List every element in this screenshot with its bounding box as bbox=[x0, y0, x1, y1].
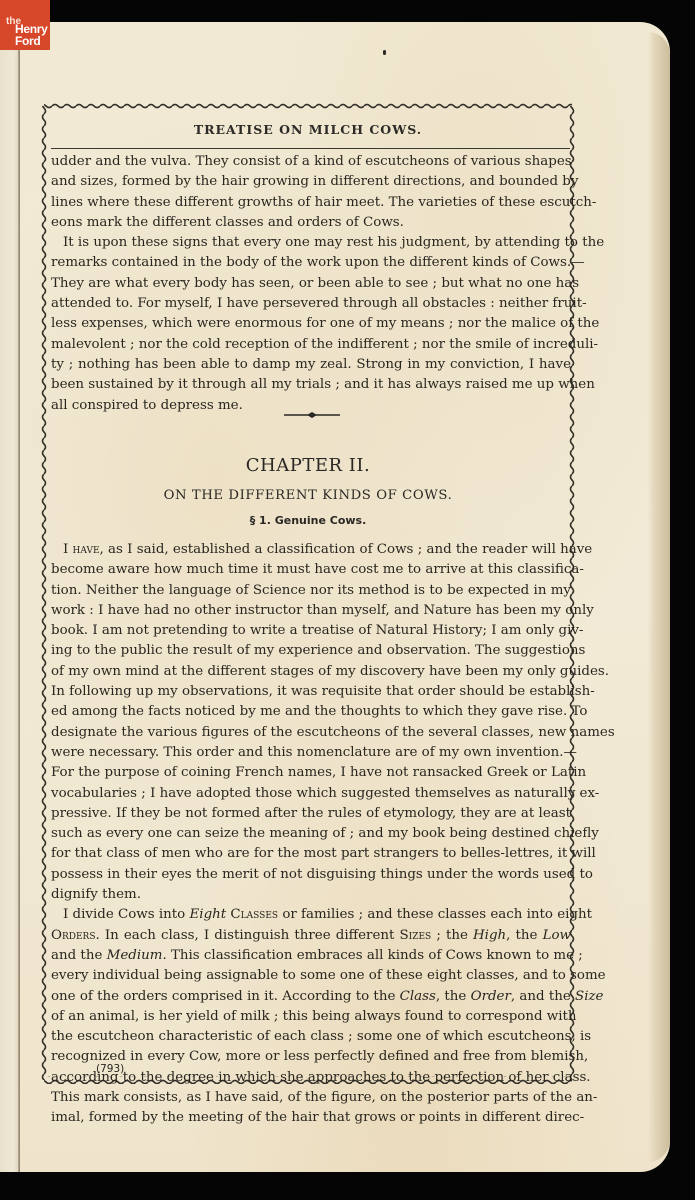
text-line: They are what every body has seen, or be… bbox=[51, 274, 571, 294]
text-line: one of the orders comprised in it. Accor… bbox=[51, 987, 571, 1007]
smallcaps-term: Sizes bbox=[400, 928, 432, 943]
text-line: Orders. In each class, I distinguish thr… bbox=[51, 926, 571, 946]
text-line: and sizes, formed by the hair growing in… bbox=[51, 172, 571, 192]
text-line: recognized in every Cow, more or less pe… bbox=[51, 1047, 571, 1067]
section-heading: § 1. Genuine Cows. bbox=[40, 514, 576, 527]
text-line: attended to. For myself, I have persever… bbox=[51, 294, 571, 314]
text-fragment: , the bbox=[436, 989, 471, 1004]
text-fragment: . This classification embraces all kinds… bbox=[162, 948, 582, 963]
text-line: I divide Cows into Eight Classes or fami… bbox=[51, 905, 571, 925]
italic-term: Medium bbox=[107, 948, 163, 963]
text-line: For the purpose of coining French names,… bbox=[51, 763, 571, 783]
text-line: were necessary. This order and this nome… bbox=[51, 743, 571, 763]
text-line: udder and the vulva. They consist of a k… bbox=[51, 152, 571, 172]
header-rule bbox=[51, 148, 570, 149]
text-fragment: I divide Cows into bbox=[63, 907, 190, 922]
text-line: remarks contained in the body of the wor… bbox=[51, 253, 571, 273]
text-line: work : I have had no other instructor th… bbox=[51, 601, 571, 621]
paragraph: udder and the vulva. They consist of a k… bbox=[51, 152, 571, 233]
text-line: pressive. If they be not formed after th… bbox=[51, 804, 571, 824]
text-fragment: , and the bbox=[511, 989, 575, 1004]
text-line: lines where these different growths of h… bbox=[51, 193, 571, 213]
text-line: every individual being assignable to som… bbox=[51, 966, 571, 986]
smallcaps-term: Orders bbox=[51, 928, 95, 943]
smallcaps-term: Classes bbox=[230, 907, 278, 922]
section-divider-ornament-icon bbox=[284, 411, 340, 419]
text-line: been sustained by it through all my tria… bbox=[51, 375, 571, 395]
text-line: become aware how much time it must have … bbox=[51, 560, 571, 580]
text-fragment: or families ; and these classes each int… bbox=[278, 907, 592, 922]
chapter-body-text: I have, as I said, established a classif… bbox=[51, 540, 571, 1129]
page-fore-edge bbox=[648, 32, 670, 1162]
henry-ford-logo: the Henry Ford bbox=[0, 0, 50, 50]
text-line: It is upon these signs that every one ma… bbox=[51, 233, 571, 253]
text-line: such as every one can seize the meaning … bbox=[51, 824, 571, 844]
chapter-subtitle: ON THE DIFFERENT KINDS OF COWS. bbox=[40, 488, 576, 503]
text-line: possess in their eyes the merit of not d… bbox=[51, 865, 571, 885]
text-line: and the Medium. This classification embr… bbox=[51, 946, 571, 966]
text-line: less expenses, which were enormous for o… bbox=[51, 314, 571, 334]
logo-ford: Ford bbox=[15, 35, 40, 47]
running-head: TREATISE ON MILCH COWS. bbox=[40, 122, 576, 137]
chapter-title: CHAPTER II. bbox=[40, 455, 576, 476]
text-line: for that class of men who are for the mo… bbox=[51, 844, 571, 864]
italic-term: Size bbox=[575, 989, 603, 1004]
text-line: I have, as I said, established a classif… bbox=[51, 540, 571, 560]
lead-in-word: I have, bbox=[63, 542, 104, 557]
text-line: tion. Neither the language of Science no… bbox=[51, 581, 571, 601]
text-line: the escutcheon characteristic of each cl… bbox=[51, 1027, 571, 1047]
text-line: of an animal, is her yield of milk ; thi… bbox=[51, 1007, 571, 1027]
text-line: imal, formed by the meeting of the hair … bbox=[51, 1108, 571, 1128]
italic-term: Low bbox=[543, 928, 571, 943]
paragraph: It is upon these signs that every one ma… bbox=[51, 233, 571, 416]
text-line: dignify them. bbox=[51, 885, 571, 905]
text-fragment: and the bbox=[51, 948, 107, 963]
text-fragment: . In each class, I distinguish three dif… bbox=[95, 928, 399, 943]
paragraph: I divide Cows into Eight Classes or fami… bbox=[51, 905, 571, 1128]
ink-speck bbox=[383, 50, 386, 55]
text-fragment: as I said, established a classification … bbox=[104, 542, 592, 557]
text-line: ed among the facts noticed by me and the… bbox=[51, 702, 571, 722]
italic-term: High bbox=[473, 928, 506, 943]
text-line: eons mark the different classes and orde… bbox=[51, 213, 571, 233]
paragraph: I have, as I said, established a classif… bbox=[51, 540, 571, 905]
italic-term: Eight bbox=[190, 907, 227, 922]
text-line: ty ; nothing has been able to damp my ze… bbox=[51, 355, 571, 375]
text-line: This mark consists, as I have said, of t… bbox=[51, 1088, 571, 1108]
text-line: vocabularies ; I have adopted those whic… bbox=[51, 784, 571, 804]
text-fragment: , the bbox=[506, 928, 542, 943]
page-number: (793) bbox=[96, 1063, 124, 1075]
text-line: ing to the public the result of my exper… bbox=[51, 641, 571, 661]
text-line: designate the various figures of the esc… bbox=[51, 723, 571, 743]
text-line: In following up my observations, it was … bbox=[51, 682, 571, 702]
text-line: malevolent ; nor the cold reception of t… bbox=[51, 335, 571, 355]
italic-term: Class bbox=[400, 989, 436, 1004]
text-fragment: one of the orders comprised in it. Accor… bbox=[51, 989, 400, 1004]
text-line: according to the degree in which she app… bbox=[51, 1068, 571, 1088]
continued-text: udder and the vulva. They consist of a k… bbox=[51, 152, 571, 416]
italic-term: Order bbox=[471, 989, 511, 1004]
text-line: book. I am not pretending to write a tre… bbox=[51, 621, 571, 641]
text-line: of my own mind at the different stages o… bbox=[51, 662, 571, 682]
text-fragment: ; the bbox=[431, 928, 473, 943]
